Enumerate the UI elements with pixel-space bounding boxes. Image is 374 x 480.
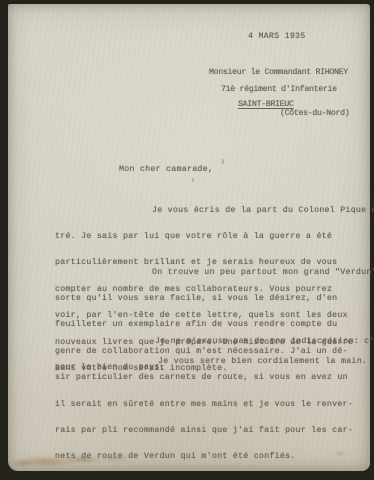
letter-line: Je vous serre bien cordialement la main. — [55, 358, 367, 367]
scan-background: 4 MARS 1935 Monsieur le Commandant RIHON… — [0, 0, 374, 480]
letter-line: On trouve un peu partout mon grand "Verd… — [55, 269, 367, 278]
letter-line: Je vous écris de la part du Colonel Piqu… — [55, 207, 367, 216]
recipient-name: Monsieur le Commandant RIHONEY — [209, 69, 348, 78]
ink-speck — [192, 178, 194, 182]
letter-line: tré. Je sais par lui que votre rôle à la… — [55, 233, 367, 242]
recipient-regiment: 71è régiment d'Infanterie — [221, 86, 337, 95]
letter-line: nets de route de Verdun qui m'ont été co… — [55, 453, 367, 462]
ink-speck — [222, 159, 224, 164]
letter-line: il serait en sûreté entre mes mains et j… — [55, 401, 367, 410]
salutation: Mon cher camarade, — [119, 166, 213, 175]
letter-line: sorte qu'il vous sera facile, si vous le… — [55, 295, 367, 304]
letter-date: 4 MARS 1935 — [248, 33, 306, 42]
recipient-department: (Côtes-du-Nord) — [280, 110, 349, 119]
letter-line: rais par pli recommandé ainsi que j'ai f… — [55, 427, 367, 436]
letter-paragraph-4: Je vous serre bien cordialement la main. — [55, 340, 367, 384]
